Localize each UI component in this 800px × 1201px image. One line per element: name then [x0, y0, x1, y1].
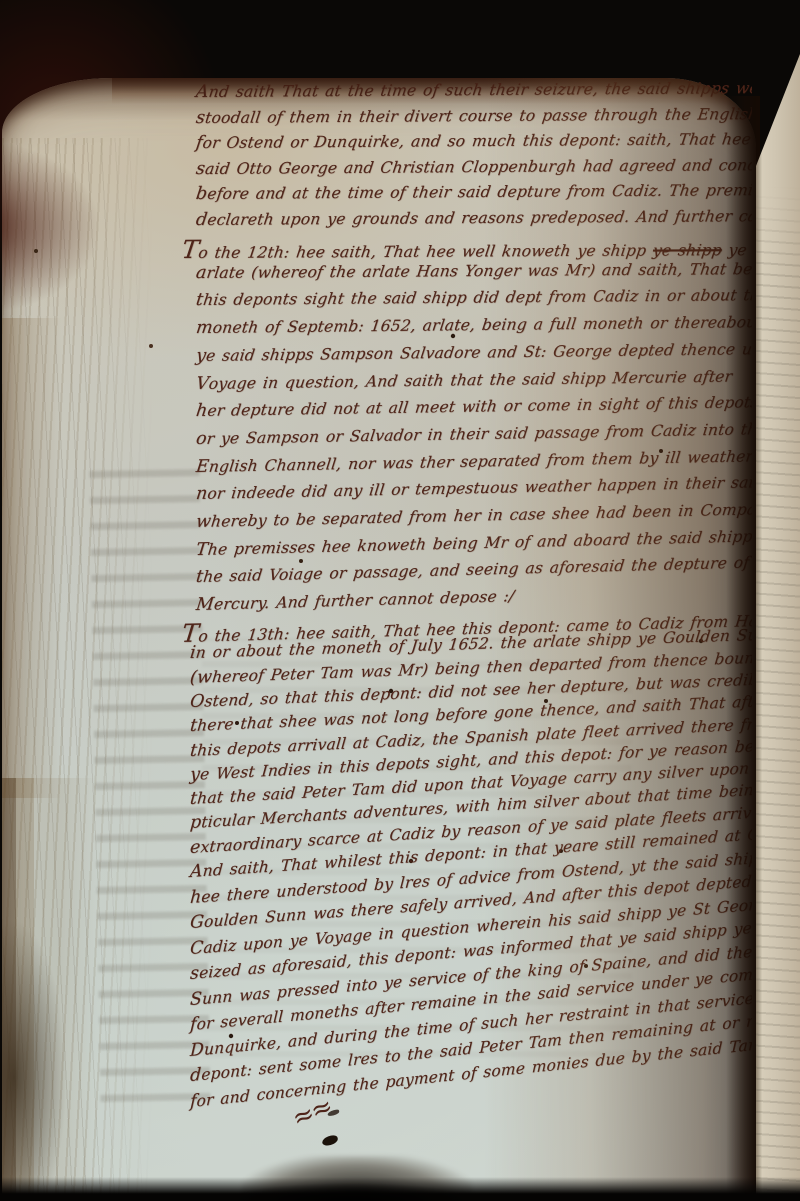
manuscript-line: for Ostend or Dunquirke, and so much thi…: [195, 131, 752, 153]
manuscript-line: whereby to be separated from her in case…: [195, 500, 752, 532]
manuscript-line: ye said shipps Sampson Salvadore and St:…: [195, 340, 752, 365]
ink-blot: [321, 1134, 339, 1147]
manuscript-line: declareth upon ye grounds and reasons pr…: [195, 207, 752, 229]
manuscript-line: arlate (whereof the arlate Hans Yonger w…: [195, 261, 752, 282]
manuscript-lines: ≈≈ And saith That at the time of such th…: [0, 0, 752, 1185]
adjacent-page-edge: [756, 46, 800, 1201]
manuscript-line: The premisses hee knoweth being Mr of an…: [195, 525, 752, 559]
manuscript-line: before and at the time of their said dep…: [195, 182, 752, 204]
manuscript-line: or ye Sampson or Salvador in their said …: [195, 421, 752, 448]
manuscript-line: nor indeede did any ill or tempestuous w…: [195, 473, 752, 504]
manuscript-line: her depture did not at all meet with or …: [195, 394, 752, 421]
ink-specks: [0, 0, 2, 2]
manuscript-line: said Otto George and Christian Cloppenbu…: [195, 157, 752, 179]
manuscript-line: stoodall of them in their divert course …: [195, 105, 752, 127]
book-gutter-shadow: [726, 96, 760, 1201]
manuscript-line: moneth of Septemb: 1652, arlate, being a…: [195, 314, 752, 338]
manuscript-line: And saith That at the time of such their…: [195, 80, 752, 102]
manuscript-line: English Channell, nor was ther separated…: [195, 448, 752, 476]
manuscript-line: To the 12th: hee saith, That hee well kn…: [180, 234, 752, 262]
manuscript-line: Voyage in question, And saith that the s…: [195, 368, 733, 393]
photo-background: ≈≈ And saith That at the time of such th…: [0, 0, 800, 1201]
photo-bottom-shadow: [0, 1177, 800, 1201]
manuscript-line: this deponts sight the said shipp did de…: [195, 287, 752, 309]
manuscript-line: Mercury. And further cannot depose :/: [195, 588, 515, 614]
